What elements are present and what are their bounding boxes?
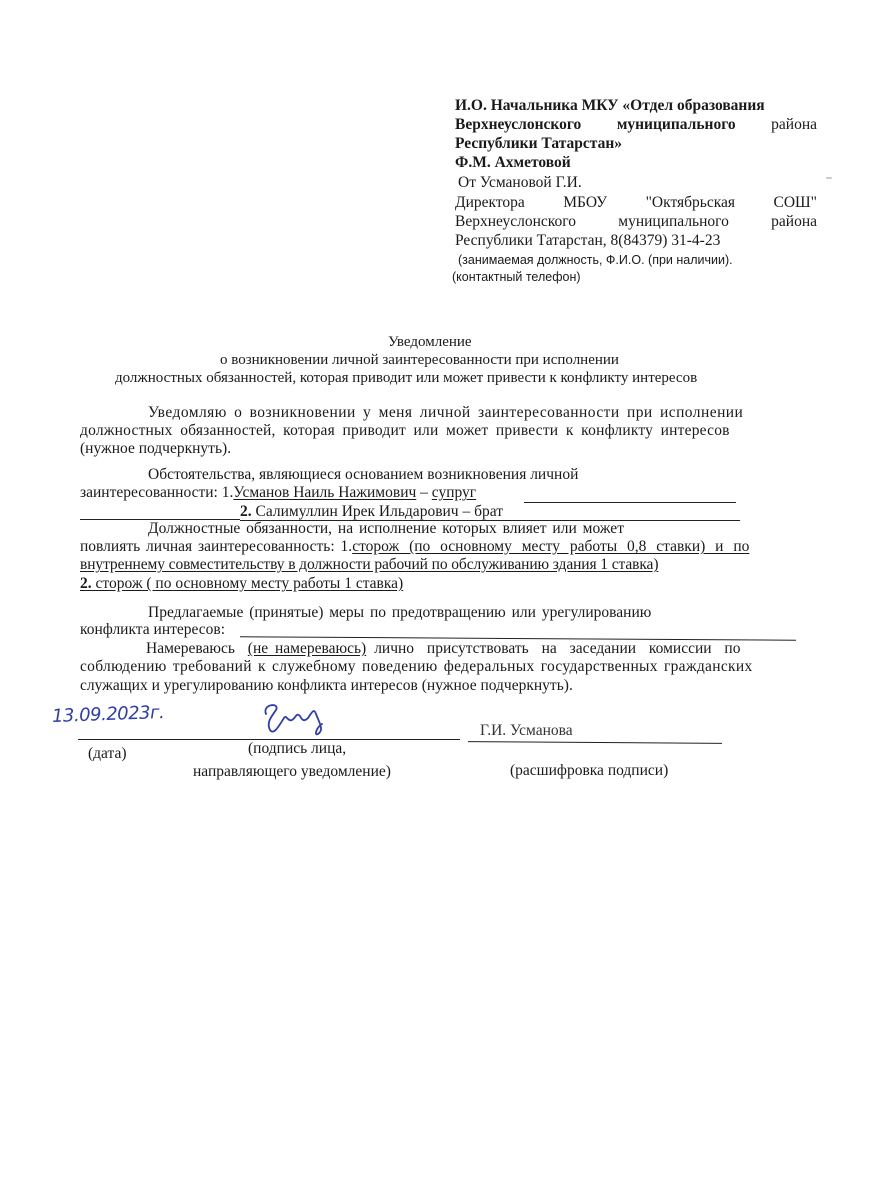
person-1-name: Усманов Наиль Нажимович xyxy=(233,484,416,501)
para5-line-3: служащих и урегулированию конфликта инте… xyxy=(80,677,573,695)
date-handwritten: 13.09.2023г. xyxy=(52,702,165,727)
signature-label-1: (подпись лица, xyxy=(248,740,346,758)
para2-line-3: 2. Салимуллин Ирек Ильдарович – брат xyxy=(240,503,503,521)
sender-org-word-3: района xyxy=(771,212,817,231)
person-1-dash: – xyxy=(416,484,432,501)
para5-line-1-rest: лично присутствовать на заседании комисс… xyxy=(374,640,740,657)
para1-line-2: должностных обязанностей, которая привод… xyxy=(80,422,730,440)
duty-2-text: сторож ( по основному месту работы 1 ста… xyxy=(92,575,404,592)
para3-line-2: повлиять личная заинтересованность: 1.ст… xyxy=(80,538,749,556)
duty-2-number: 2. xyxy=(80,575,92,592)
scan-speck xyxy=(826,177,832,179)
addressee-line-3: Республики Татарстан» xyxy=(455,134,622,153)
sender-org-word-1: Верхнеуслонского xyxy=(455,212,576,231)
duty-1-part-1: сторож (по основному месту работы 0,8 ст… xyxy=(352,538,749,555)
para3-line-1: Должностные обязанности, на исполнение к… xyxy=(148,520,624,538)
intend-word: Намереваюсь xyxy=(146,640,235,657)
sender-region-phone: Республики Татарстан, 8(84379) 31-4-23 xyxy=(455,231,720,250)
sender-position-word-2: МБОУ xyxy=(563,193,607,212)
duty-2: 2. сторож ( по основному месту работы 1 … xyxy=(80,575,403,593)
addressee-line-1: И.О. Начальника МКУ «Отдел образования xyxy=(455,96,765,115)
sender-position-word-3: "Октябрьская xyxy=(646,193,735,212)
person-1-relation: супруг xyxy=(432,484,476,501)
para5-line-2: соблюдению требований к служебному повед… xyxy=(80,658,753,676)
title-line-1: Уведомление xyxy=(388,333,472,351)
decoded-name-label: (расшифровка подписи) xyxy=(510,762,668,780)
addressee-line-2-left: Верхнеуслонского xyxy=(455,115,581,134)
person-2-text: Салимуллин Ирек Ильдарович – брат xyxy=(252,503,503,520)
date-label: (дата) xyxy=(88,745,127,763)
addressee-line-2-mid: муниципального xyxy=(617,115,736,134)
sender-position-word-1: Директора xyxy=(455,193,525,212)
para1-line-1: Уведомляю о возникновении у меня личной … xyxy=(148,404,743,422)
sender-from: От Усмановой Г.И. xyxy=(458,173,582,192)
decoded-name: Г.И. Усманова xyxy=(480,722,573,740)
not-intend-underlined: (не намереваюсь) xyxy=(248,640,374,657)
decoded-name-line xyxy=(468,741,722,744)
para1-line-3: (нужное подчеркнуть). xyxy=(80,440,231,458)
addressee-line-2: Верхнеуслонского муниципального района xyxy=(455,115,817,134)
para2-line-1: Обстоятельства, являющиеся основанием во… xyxy=(148,466,578,484)
signature-label-2: направляющего уведомление) xyxy=(193,763,391,781)
person-2-number: 2. xyxy=(240,503,252,520)
addressee-line-2-right: района xyxy=(771,115,817,134)
para4-line-1: Предлагаемые (принятые) меры по предотвр… xyxy=(148,604,651,622)
duty-1-part-2: внутреннему совместительству в должности… xyxy=(80,556,658,574)
title-line-3: должностных обязанностей, которая привод… xyxy=(115,369,697,387)
sender-hint-phone: (контактный телефон) xyxy=(452,270,581,285)
para3-prefix: повлиять личная заинтересованность: 1. xyxy=(80,538,352,555)
para2-line-2: заинтересованности: 1.Усманов Наиль Нажи… xyxy=(80,484,476,502)
para5-line-1: Намереваюсь (не намереваюсь)лично присут… xyxy=(146,640,740,658)
sender-org-word-2: муниципального xyxy=(618,212,729,231)
para4-line-2: конфликта интересов: xyxy=(80,621,225,639)
sender-position-word-4: СОШ" xyxy=(774,193,818,212)
signature-icon xyxy=(258,700,338,740)
sender-position: Директора МБОУ "Октябрьская СОШ" xyxy=(455,193,817,212)
para2-prefix: заинтересованности: 1. xyxy=(80,484,233,501)
addressee-name: Ф.М. Ахметовой xyxy=(455,153,571,172)
fill-line-1 xyxy=(524,502,736,503)
sender-hint-position: (занимаемая должность, Ф.И.О. (при налич… xyxy=(458,253,733,268)
sender-organization: Верхнеуслонского муниципального района xyxy=(455,212,817,231)
title-line-2: о возникновении личной заинтересованност… xyxy=(220,351,619,369)
